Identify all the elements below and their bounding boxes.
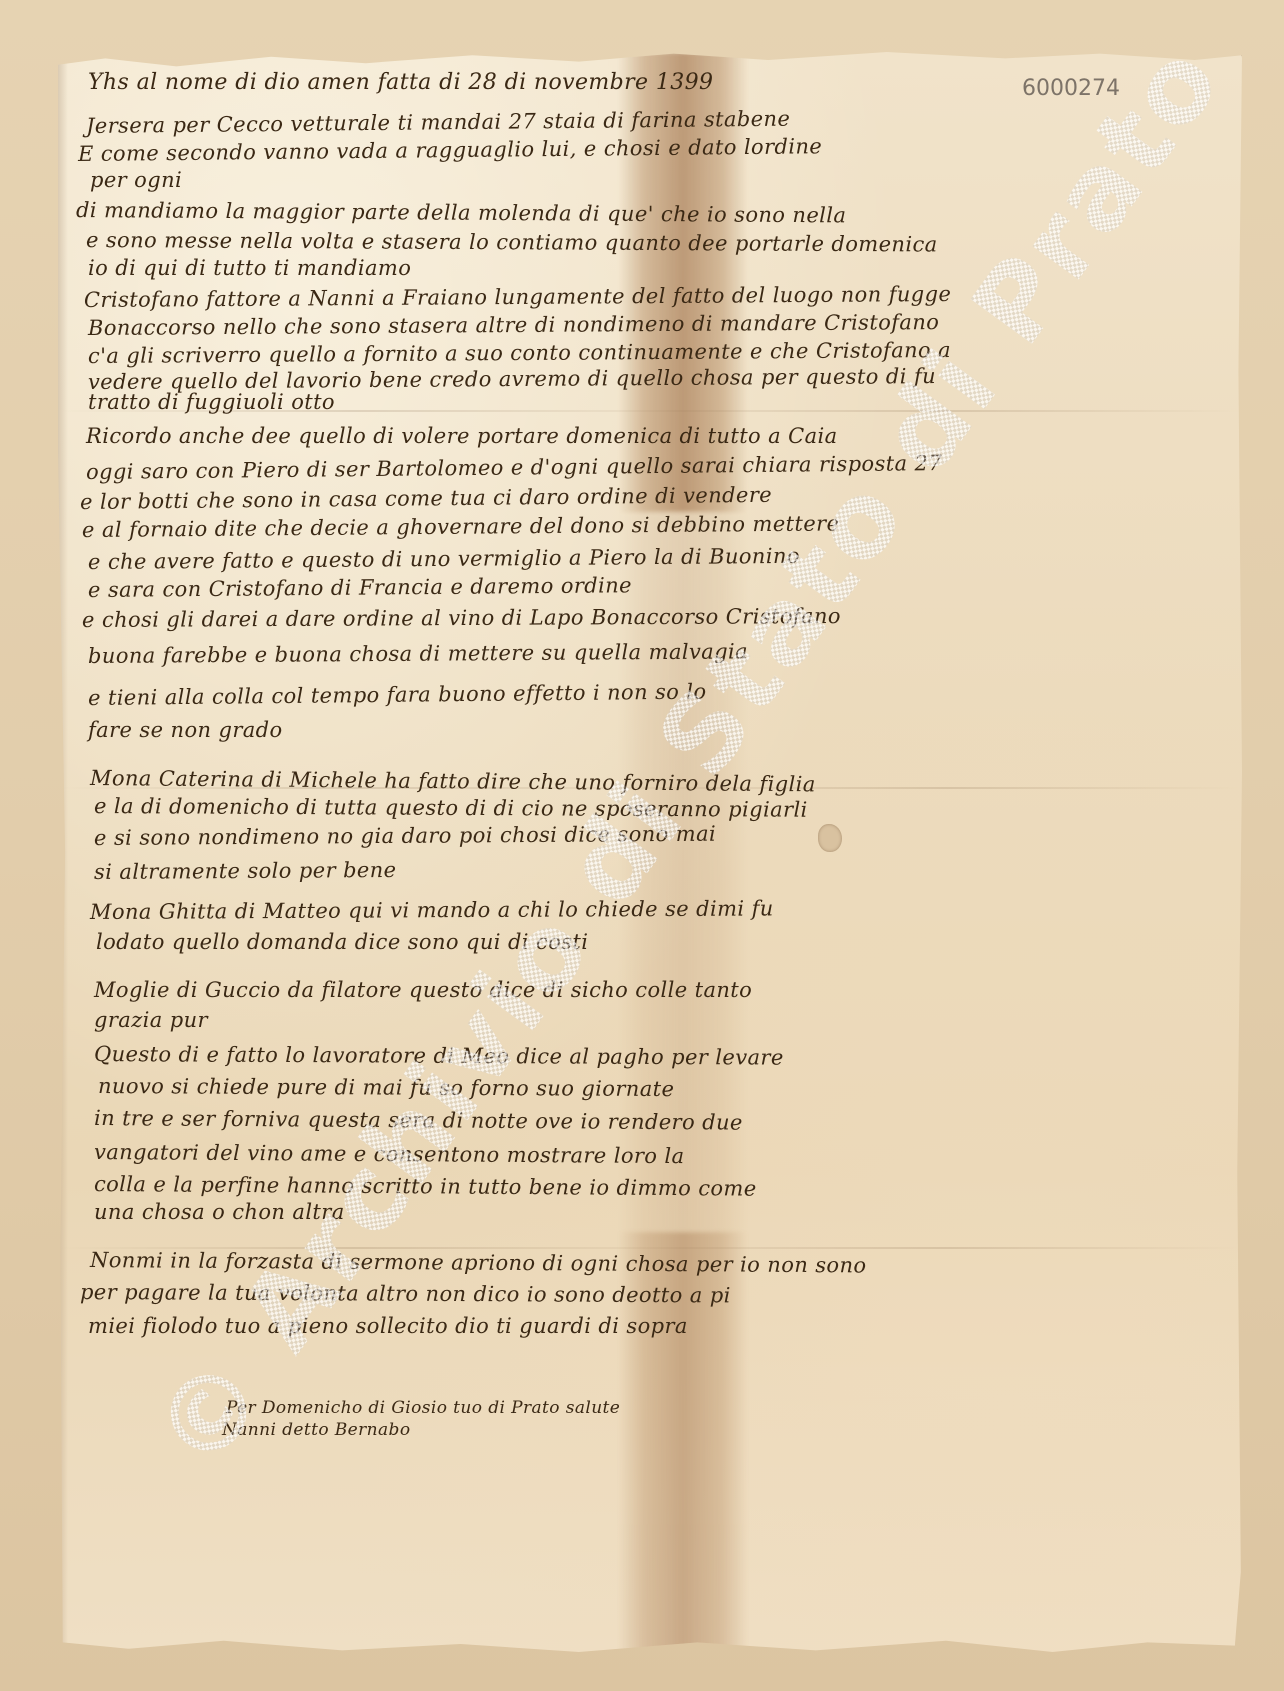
letter-line: E come secondo vanno vada a ragguaglio l… <box>78 134 822 166</box>
letter-line: di mandiamo la maggior parte della molen… <box>76 198 847 227</box>
letter-line: e che avere fatto e questo di uno vermig… <box>88 544 800 574</box>
letter-line: Ricordo anche dee quello di volere porta… <box>86 424 838 448</box>
letter-line: e sara con Cristofano di Francia e darem… <box>88 573 632 602</box>
letter-line: e sono messe nella volta e stasera lo co… <box>86 228 938 256</box>
letter-line: e tieni alla colla col tempo fara buono … <box>88 680 707 710</box>
letter-line: c'a gli scriverro quello a fornito a suo… <box>88 338 951 368</box>
letter-line: per pagare la tua volonta altro non dico… <box>80 1280 731 1307</box>
letter-line: grazia pur <box>94 1008 208 1032</box>
letter-line: Mona Ghitta di Matteo qui vi mando a chi… <box>90 896 774 924</box>
letter-heading: Yhs al nome di dio amen fatta di 28 di n… <box>88 70 713 95</box>
letter-line: Moglie di Guccio da filatore questo dice… <box>94 978 752 1002</box>
letter-line: e lor botti che sono in casa come tua ci… <box>80 483 772 514</box>
letter-line: buona farebbe e buona chosa di mettere s… <box>88 639 748 668</box>
letter-line: per ogni <box>90 168 182 192</box>
letter-line: Cristofano fattore a Nanni a Fraiano lun… <box>84 282 951 312</box>
letter-line: e al fornaio dite che decie a ghovernare… <box>82 511 840 542</box>
letter-line: Bonaccorso nello che sono stasera altre … <box>88 310 939 340</box>
letter-line: Jersera per Cecco vetturale ti mandai 27… <box>86 107 790 138</box>
letter-line: tratto di fuggiuoli otto <box>88 390 335 414</box>
letter-line: fare se non grado <box>88 718 283 742</box>
letter-line: si altramente solo per bene <box>94 858 397 884</box>
letter-line: Nonmi in la forzasta di sermone apriono … <box>90 1248 867 1277</box>
letter-line: miei fiolodo tuo a pieno sollecito dio t… <box>88 1314 688 1338</box>
letter-line: io di qui di tutto ti mandiamo <box>88 256 411 280</box>
